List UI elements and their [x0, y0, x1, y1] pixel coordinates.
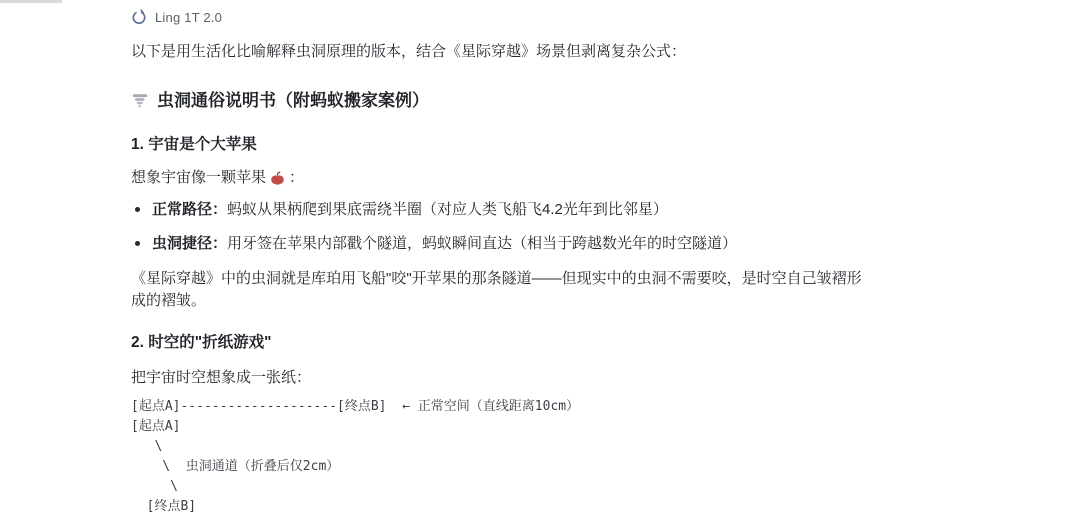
ling-logo-icon: [131, 9, 147, 25]
model-name: Ling 1T 2.0: [155, 10, 222, 25]
section-1-heading: 1. 宇宙是个大苹果: [131, 134, 863, 155]
section-1-lead: 想象宇宙像一颗苹果 ：: [131, 167, 863, 189]
list-item: 正常路径：蚂蚁从果柄爬到果底需绕半圈（对应人类飞船飞4.2光年到比邻星）: [131, 199, 863, 220]
code-line: \: [131, 437, 863, 457]
section-1-paragraph: 《星际穿越》中的虫洞就是库珀用飞船"咬"开苹果的那条隧道——但现实中的虫洞不需要…: [131, 268, 863, 312]
ascii-diagram-code-block: [起点A]--------------------[终点B] ← 正常空间（直线…: [131, 397, 863, 495]
tornado-icon: [131, 92, 149, 110]
section-2-heading: 2. 时空的"折纸游戏": [131, 332, 863, 353]
section-1-lead-text: 想象宇宙像一颗苹果: [131, 167, 266, 189]
bullet-list: 正常路径：蚂蚁从果柄爬到果底需绕半圈（对应人类飞船飞4.2光年到比邻星） 虫洞捷…: [131, 199, 863, 254]
model-header: Ling 1T 2.0: [131, 7, 863, 27]
list-item: 虫洞捷径：用牙签在苹果内部戳个隧道，蚂蚁瞬间直达（相当于跨越数光年的时空隧道）: [131, 233, 863, 254]
assistant-message: Ling 1T 2.0 以下是用生活化比喻解释虫洞原理的版本，结合《星际穿越》场…: [131, 0, 863, 495]
code-line: [起点A]--------------------[终点B] ← 正常空间（直线…: [131, 397, 863, 417]
document-title-text: 虫洞通俗说明书（附蚂蚁搬家案例）: [157, 89, 429, 113]
bullet-text: 蚂蚁从果柄爬到果底需绕半圈（对应人类飞船飞4.2光年到比邻星）: [227, 201, 668, 218]
code-line: [起点A]: [131, 417, 863, 437]
bullet-text: 用牙签在苹果内部戳个隧道，蚂蚁瞬间直达（相当于跨越数光年的时空隧道）: [227, 235, 737, 252]
intro-paragraph: 以下是用生活化比喻解释虫洞原理的版本，结合《星际穿越》场景但剥离复杂公式：: [131, 41, 863, 63]
section-1-lead-colon: ：: [289, 167, 304, 189]
top-edge-divider: [0, 0, 62, 3]
bullet-dot-icon: [135, 241, 140, 246]
bullet-label: 虫洞捷径：: [152, 235, 227, 252]
section-2-lead: 把宇宙时空想象成一张纸：: [131, 367, 863, 389]
code-line: \ 虫洞通道（折叠后仅2cm）: [131, 457, 863, 477]
document-title: 虫洞通俗说明书（附蚂蚁搬家案例）: [131, 89, 863, 113]
bullet-dot-icon: [135, 207, 140, 212]
bullet-label: 正常路径：: [152, 201, 227, 218]
code-line: \: [131, 477, 863, 495]
apple-icon: [270, 171, 285, 186]
